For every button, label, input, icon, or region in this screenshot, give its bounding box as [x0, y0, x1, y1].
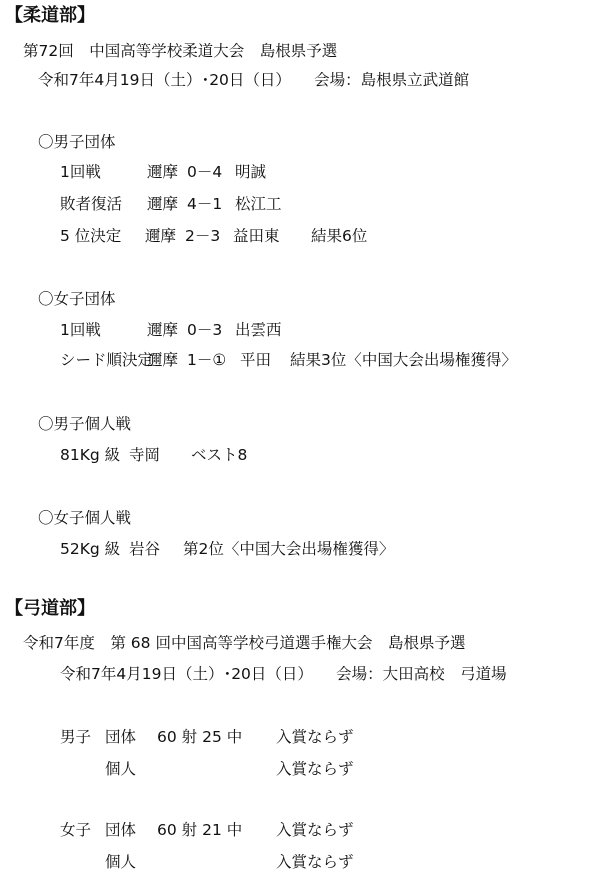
kyudo-date-venue: 令和7年4月19日（土）･20日（日） 会場：大田高校 弓道場: [60, 664, 507, 684]
kyudo-heading: 【弓道部】: [5, 597, 95, 621]
match-score: 0－4: [187, 162, 222, 182]
result-gender: 男子: [60, 727, 91, 747]
match-result: 結果3位〈中国大会出場権獲得〉: [290, 350, 517, 370]
girls-individual-label: 〇女子個人戦: [38, 508, 131, 528]
judo-heading: 【柔道部】: [5, 4, 95, 28]
result-status: 入賞ならず: [276, 852, 354, 872]
weight-class: 81Kg 級: [60, 445, 120, 465]
result-category: 個人: [105, 852, 136, 872]
athlete-result: ベスト8: [191, 445, 247, 465]
match-school: 邇摩: [147, 320, 178, 340]
match-school: 邇摩: [147, 350, 178, 370]
match-round: シード順決定: [60, 350, 153, 370]
match-result: 結果6位: [311, 226, 367, 246]
match-opponent: 平田: [240, 350, 271, 370]
result-category: 団体: [105, 820, 136, 840]
match-score: 4－1: [187, 194, 222, 214]
match-school: 邇摩: [145, 226, 176, 246]
athlete-name: 岩谷: [129, 539, 160, 559]
result-category: 個人: [105, 759, 136, 779]
boys-individual-label: 〇男子個人戦: [38, 414, 131, 434]
athlete-name: 寺岡: [129, 445, 160, 465]
match-round: 1回戦: [60, 320, 101, 340]
result-score: 60 射 25 中: [157, 727, 242, 747]
match-round: 敗者復活: [60, 194, 122, 214]
girls-team-label: 〇女子団体: [38, 289, 116, 309]
weight-class: 52Kg 級: [60, 539, 120, 559]
result-status: 入賞ならず: [276, 759, 354, 779]
match-school: 邇摩: [147, 162, 178, 182]
match-score: 0－3: [187, 320, 222, 340]
judo-tournament-title: 第72回 中国高等学校柔道大会 島根県予選: [23, 41, 337, 61]
match-opponent: 出雲西: [235, 320, 282, 340]
match-school: 邇摩: [147, 194, 178, 214]
boys-team-label: 〇男子団体: [38, 132, 116, 152]
match-opponent: 明誠: [235, 162, 266, 182]
match-round: 1回戦: [60, 162, 101, 182]
kyudo-tournament-title: 令和7年度 第 68 回中国高等学校弓道選手権大会 島根県予選: [23, 633, 465, 653]
result-gender: 女子: [60, 820, 91, 840]
match-round: 5 位決定: [60, 226, 121, 246]
result-status: 入賞ならず: [276, 727, 354, 747]
match-opponent: 松江工: [235, 194, 282, 214]
match-score: 1－①: [187, 350, 226, 370]
result-category: 団体: [105, 727, 136, 747]
athlete-result: 第2位〈中国大会出場権獲得〉: [183, 539, 394, 559]
result-score: 60 射 21 中: [157, 820, 242, 840]
judo-date-venue: 令和7年4月19日（土）･20日（日） 会場：島根県立武道館: [38, 70, 469, 90]
result-status: 入賞ならず: [276, 820, 354, 840]
match-score: 2－3: [185, 226, 220, 246]
match-opponent: 益田東: [233, 226, 280, 246]
